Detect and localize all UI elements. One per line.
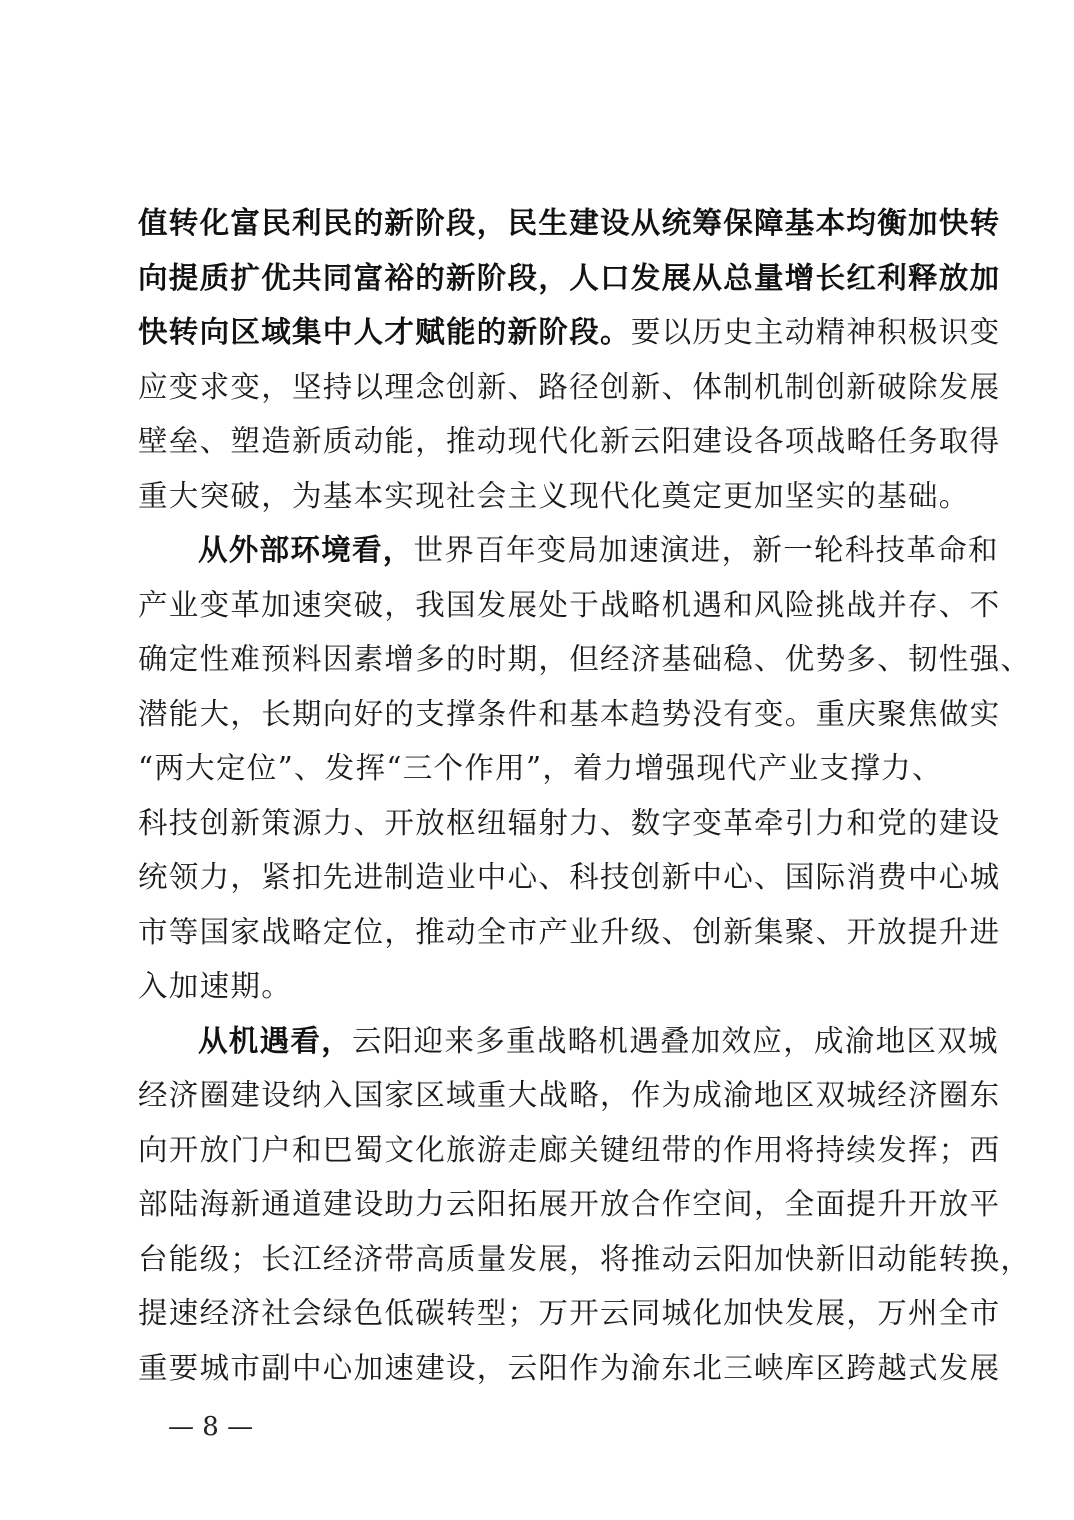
- text-line: 科技创新策源力、开放枢纽辐射力、数字变革牵引力和党的建设: [138, 796, 938, 851]
- text-line: 经济圈建设纳入国家区域重大战略，作为成渝地区双城经济圈东: [138, 1068, 938, 1123]
- document-page: 值转化富民利民的新阶段，民生建设从统筹保障基本均衡加快转 向提质扩优共同富裕的新…: [0, 0, 1074, 1520]
- text-line: 重大突破，为基本实现社会主义现代化奠定更加坚实的基础。: [138, 469, 938, 524]
- text-line: “两大定位”、发挥“三个作用”，着力增强现代产业支撑力、: [138, 741, 938, 796]
- section-lead-external: 从外部环境看，: [198, 533, 414, 567]
- body-text: 值转化富民利民的新阶段，民生建设从统筹保障基本均衡加快转 向提质扩优共同富裕的新…: [138, 196, 938, 1395]
- bold-phrase: 向提质扩优共同富裕的新阶段，人口发展从总量增长红利释放加: [138, 261, 1000, 295]
- text-line: 重要城市副中心加速建设，云阳作为渝东北三峡库区跨越式发展: [138, 1341, 938, 1396]
- text-line: 潜能大，长期向好的支撑条件和基本趋势没有变。重庆聚焦做实: [138, 687, 938, 742]
- text-line: 提速经济社会绿色低碳转型；万开云同城化加快发展，万州全市: [138, 1286, 938, 1341]
- paragraph-external-environment: 从外部环境看，世界百年变局加速演进，新一轮科技革命和: [138, 523, 938, 578]
- paragraph-opportunities: 从机遇看，云阳迎来多重战略机遇叠加效应，成渝地区双城: [138, 1014, 938, 1069]
- text-line: 产业变革加速突破，我国发展处于战略机遇和风险挑战并存、不: [138, 578, 938, 633]
- text-line: 台能级；长江经济带高质量发展，将推动云阳加快新旧动能转换，: [138, 1232, 938, 1287]
- page-number: — 8 —: [168, 1412, 253, 1442]
- text-line: 向开放门户和巴蜀文化旅游走廊关键纽带的作用将持续发挥；西: [138, 1123, 938, 1178]
- text-line: 统领力，紧扣先进制造业中心、科技创新中心、国际消费中心城: [138, 850, 938, 905]
- text-line: 快转向区域集中人才赋能的新阶段。要以历史主动精神积极识变: [138, 305, 938, 360]
- text-line: 部陆海新通道建设助力云阳拓展开放合作空间，全面提升开放平: [138, 1177, 938, 1232]
- text-line: 入加速期。: [138, 959, 938, 1014]
- text-line: 值转化富民利民的新阶段，民生建设从统筹保障基本均衡加快转: [138, 196, 938, 251]
- section-lead-opportunities: 从机遇看，: [198, 1024, 352, 1058]
- bold-phrase: 快转向区域集中人才赋能的新阶段。: [138, 315, 631, 349]
- text-line: 壁垒、塑造新质动能，推动现代化新云阳建设各项战略任务取得: [138, 414, 938, 469]
- text-line: 市等国家战略定位，推动全市产业升级、创新集聚、开放提升进: [138, 905, 938, 960]
- text-line: 向提质扩优共同富裕的新阶段，人口发展从总量增长红利释放加: [138, 251, 938, 306]
- text-line: 确定性难预料因素增多的时期，但经济基础稳、优势多、韧性强、: [138, 632, 938, 687]
- text-line: 应变求变，坚持以理念创新、路径创新、体制机制创新破除发展: [138, 360, 938, 415]
- bold-phrase: 值转化富民利民的新阶段，民生建设从统筹保障基本均衡加快转: [138, 206, 1000, 240]
